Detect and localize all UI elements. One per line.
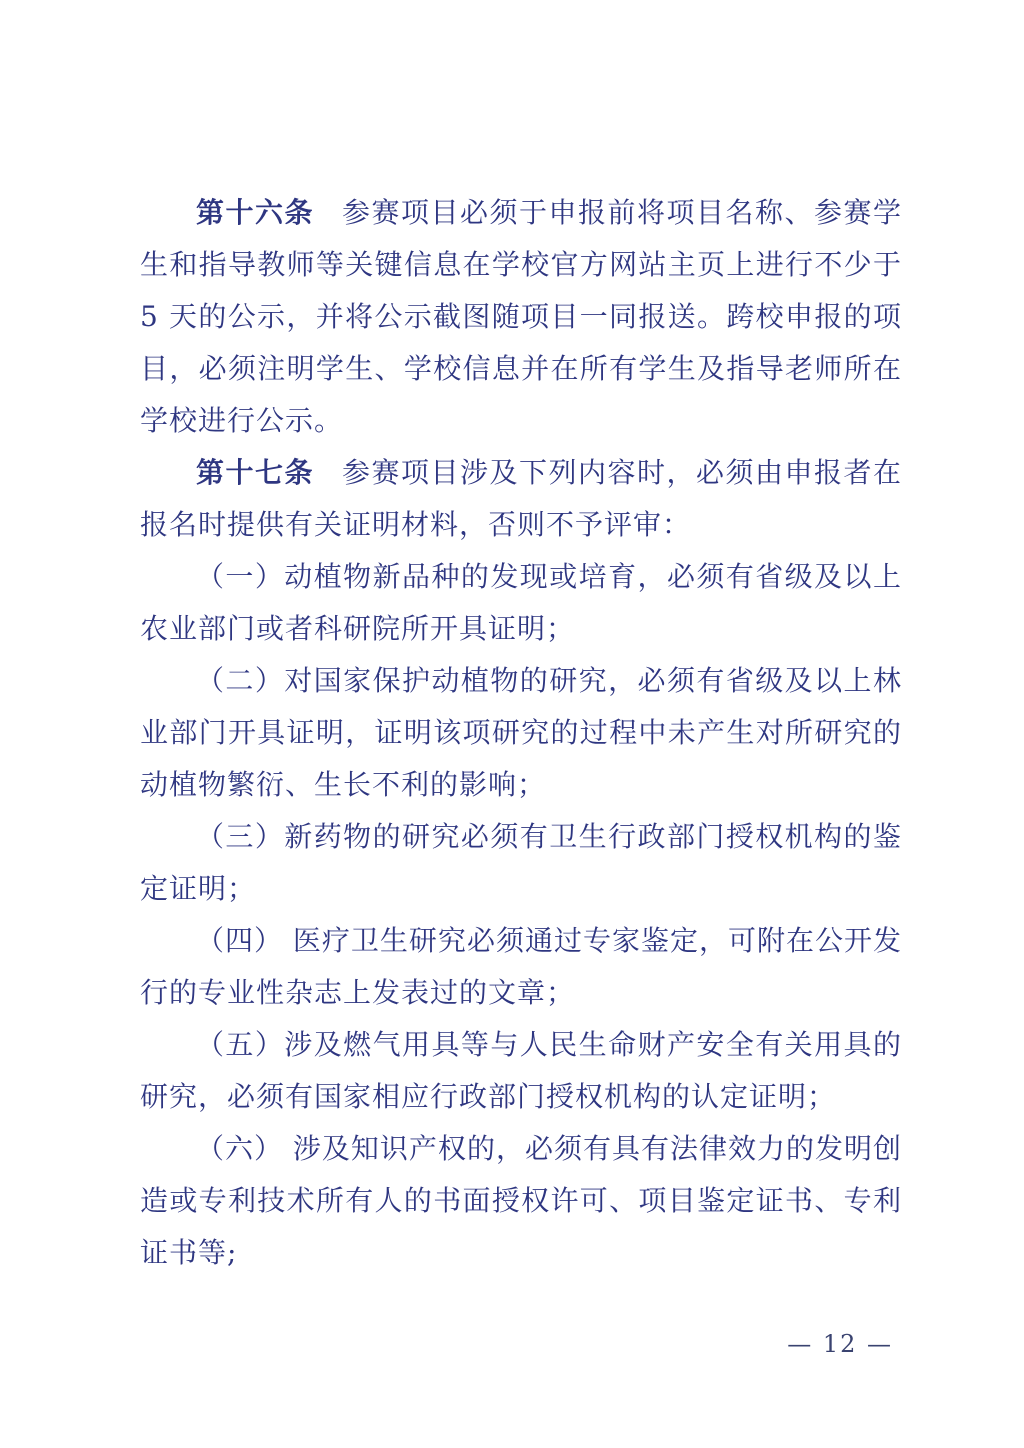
clause-2-paragraph: （二）对国家保护动植物的研究，必须有省级及以上林业部门开具证明，证明该项研究的过… bbox=[140, 655, 902, 811]
page-number: — 12 — bbox=[787, 1330, 893, 1358]
article-16-body: 参赛项目必须于申报前将项目名称、参赛学生和指导教师等关键信息在学校官方网站主页上… bbox=[140, 196, 902, 437]
article-16-paragraph: 第十六条参赛项目必须于申报前将项目名称、参赛学生和指导教师等关键信息在学校官方网… bbox=[140, 187, 902, 447]
clause-4-body: （四） 医疗卫生研究必须通过专家鉴定，可附在公开发行的专业性杂志上发表过的文章； bbox=[140, 924, 902, 1009]
clause-4-paragraph: （四） 医疗卫生研究必须通过专家鉴定，可附在公开发行的专业性杂志上发表过的文章； bbox=[140, 915, 902, 1019]
clause-5-body: （五）涉及燃气用具等与人民生命财产安全有关用具的研究，必须有国家相应行政部门授权… bbox=[140, 1028, 902, 1113]
clause-5-paragraph: （五）涉及燃气用具等与人民生命财产安全有关用具的研究，必须有国家相应行政部门授权… bbox=[140, 1019, 902, 1123]
clause-1-body: （一）动植物新品种的发现或培育，必须有省级及以上农业部门或者科研院所开具证明； bbox=[140, 560, 902, 645]
document-text-block: 第十六条参赛项目必须于申报前将项目名称、参赛学生和指导教师等关键信息在学校官方网… bbox=[140, 187, 902, 1279]
clause-2-body: （二）对国家保护动植物的研究，必须有省级及以上林业部门开具证明，证明该项研究的过… bbox=[140, 664, 902, 801]
article-16-heading: 第十六条 bbox=[196, 196, 314, 229]
clause-6-paragraph: （六） 涉及知识产权的，必须有具有法律效力的发明创造或专利技术所有人的书面授权许… bbox=[140, 1123, 902, 1279]
document-page: 第十六条参赛项目必须于申报前将项目名称、参赛学生和指导教师等关键信息在学校官方网… bbox=[0, 0, 1024, 1448]
clause-6-body: （六） 涉及知识产权的，必须有具有法律效力的发明创造或专利技术所有人的书面授权许… bbox=[140, 1132, 902, 1269]
clause-1-paragraph: （一）动植物新品种的发现或培育，必须有省级及以上农业部门或者科研院所开具证明； bbox=[140, 551, 902, 655]
clause-3-paragraph: （三）新药物的研究必须有卫生行政部门授权机构的鉴定证明； bbox=[140, 811, 902, 915]
article-17-heading: 第十七条 bbox=[196, 456, 314, 489]
clause-3-body: （三）新药物的研究必须有卫生行政部门授权机构的鉴定证明； bbox=[140, 820, 902, 905]
article-17-paragraph: 第十七条参赛项目涉及下列内容时，必须由申报者在报名时提供有关证明材料，否则不予评… bbox=[140, 447, 902, 551]
